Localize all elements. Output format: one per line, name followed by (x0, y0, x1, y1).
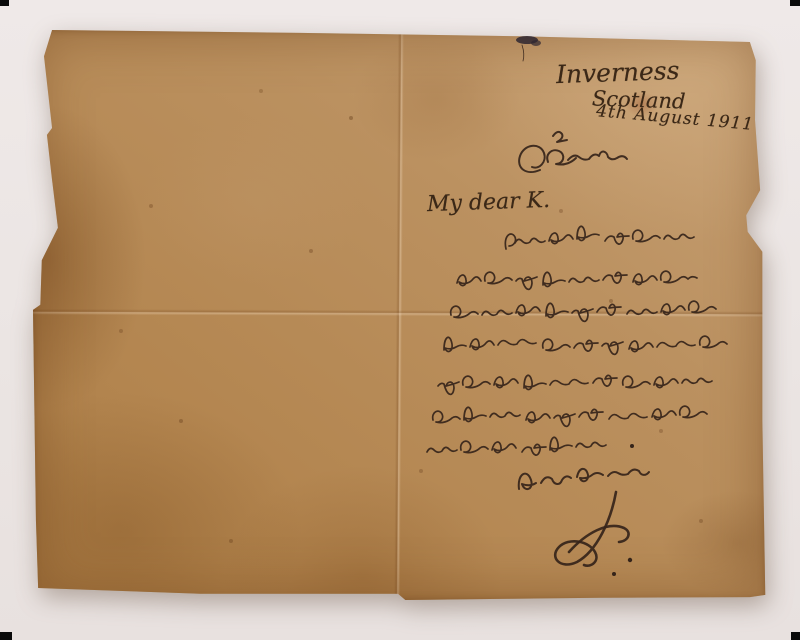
corner-mark-top-right (790, 0, 800, 6)
letter-photograph: Inverness Scotland 4th August 1911 My de… (0, 0, 800, 640)
salutation: My dear K. (427, 188, 551, 217)
corner-mark-bottom-right (791, 632, 800, 640)
paper-freckles (33, 30, 35, 32)
heading-place: Inverness (556, 56, 680, 89)
corner-mark-top-left (0, 0, 9, 6)
corner-mark-bottom-left (0, 632, 12, 640)
